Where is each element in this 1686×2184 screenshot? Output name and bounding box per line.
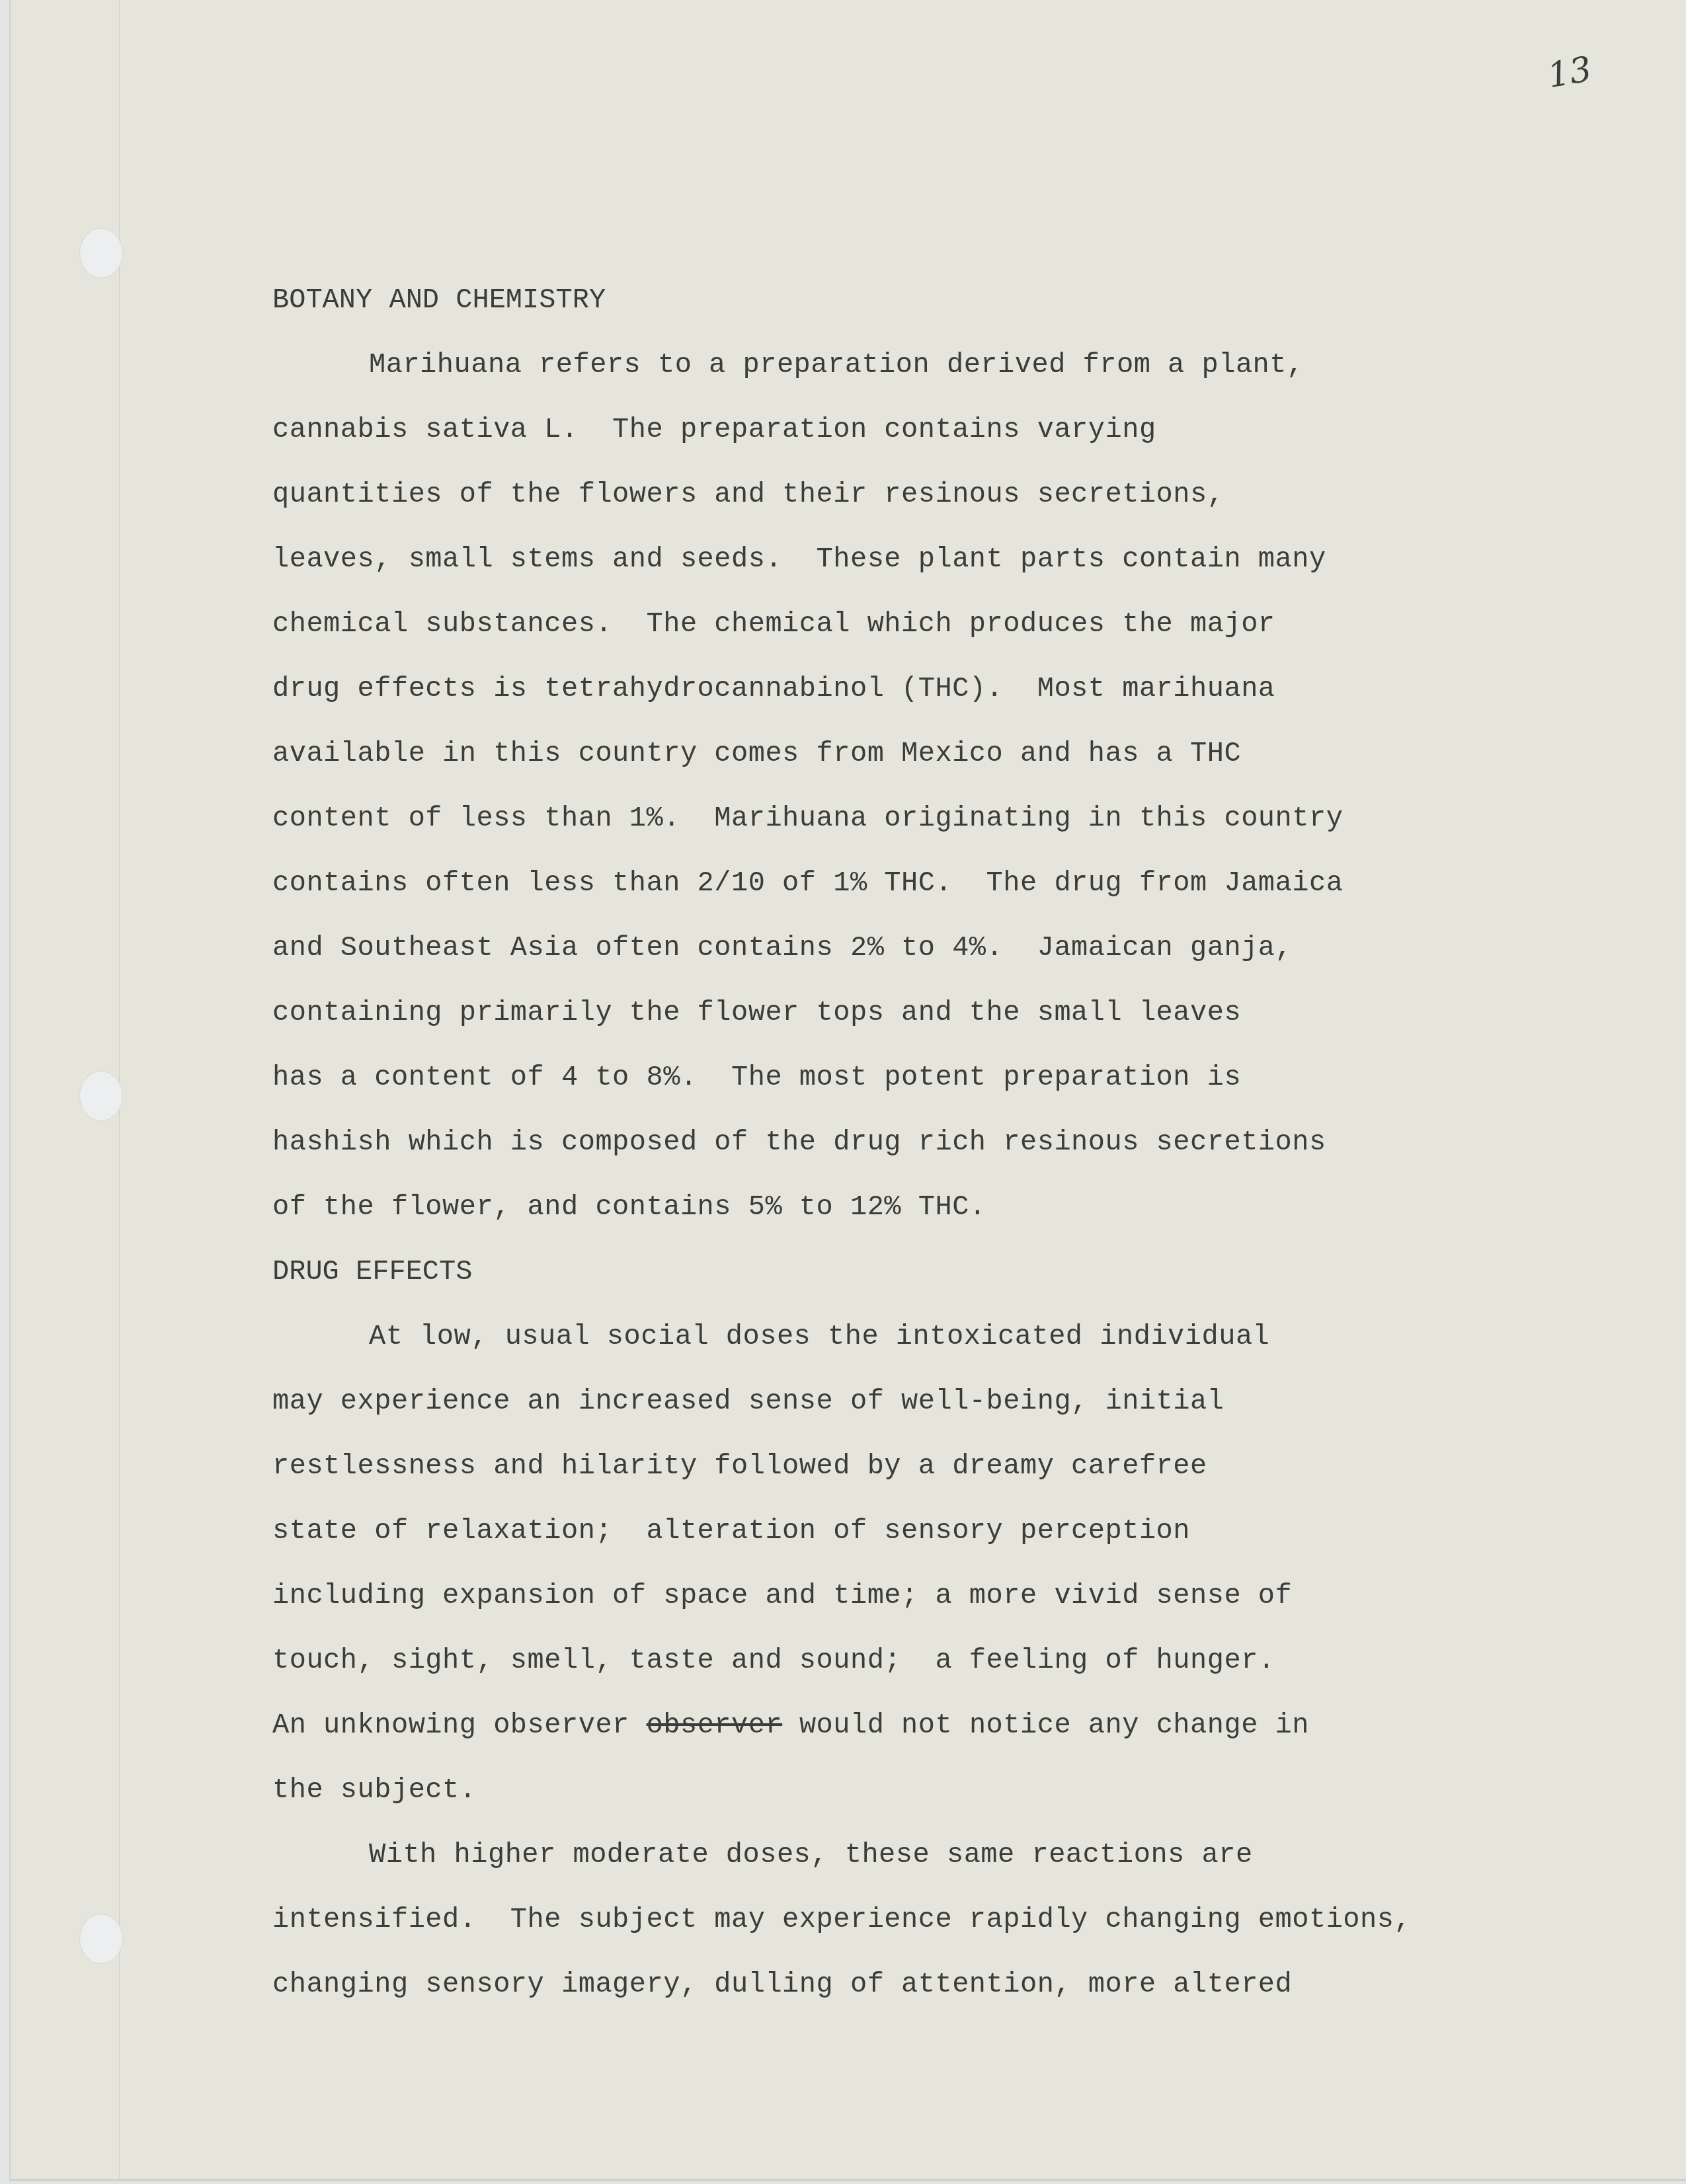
document-page: 13 BOTANY AND CHEMISTRY Marihuana refers…: [9, 0, 1686, 2181]
text-line: drug effects is tetrahydrocannabinol (TH…: [272, 673, 1275, 705]
page-number: 13: [1545, 50, 1595, 97]
text-line: available in this country comes from Mex…: [272, 738, 1241, 769]
text-line: has a content of 4 to 8%. The most poten…: [272, 1062, 1241, 1093]
text-line: Marihuana refers to a preparation derive…: [369, 349, 1304, 381]
punch-hole: [79, 1914, 123, 1964]
text-line: intensified. The subject may experience …: [272, 1904, 1411, 1935]
text-line: the subject.: [272, 1774, 476, 1806]
text-line: hashish which is composed of the drug ri…: [272, 1126, 1326, 1158]
text-line: restlessness and hilarity followed by a …: [272, 1450, 1207, 1482]
section-heading: DRUG EFFECTS: [272, 1256, 472, 1288]
text-line: containing primarily the flower tops and…: [272, 997, 1241, 1029]
punch-hole: [79, 228, 123, 278]
punch-hole: [79, 1071, 123, 1121]
text-line: of the flower, and contains 5% to 12% TH…: [272, 1191, 986, 1223]
text-line: and Southeast Asia often contains 2% to …: [272, 932, 1292, 964]
text-line: quantities of the flowers and their resi…: [272, 479, 1224, 510]
text-fragment: would not notice any change in: [799, 1709, 1309, 1741]
struck-word: observer: [647, 1709, 783, 1741]
section-heading: BOTANY AND CHEMISTRY: [272, 284, 606, 316]
text-line: including expansion of space and time; a…: [272, 1580, 1292, 1612]
text-line: At low, usual social doses the intoxicat…: [369, 1321, 1269, 1352]
text-line: content of less than 1%. Marihuana origi…: [272, 802, 1343, 834]
text-line: touch, sight, smell, taste and sound; a …: [272, 1645, 1275, 1676]
text-line: chemical substances. The chemical which …: [272, 608, 1275, 640]
text-line: contains often less than 2/10 of 1% THC.…: [272, 867, 1343, 899]
text-line: state of relaxation; alteration of senso…: [272, 1515, 1190, 1547]
text-line: cannabis sativa L. The preparation conta…: [272, 414, 1156, 446]
text-fragment: An unknowing observer: [272, 1709, 629, 1741]
text-line: leaves, small stems and seeds. These pla…: [272, 543, 1326, 575]
text-line: may experience an increased sense of wel…: [272, 1385, 1224, 1417]
text-line: An unknowing observer observer would not…: [272, 1709, 1309, 1741]
text-line: changing sensory imagery, dulling of att…: [272, 1969, 1292, 2000]
text-line: With higher moderate doses, these same r…: [369, 1839, 1253, 1871]
